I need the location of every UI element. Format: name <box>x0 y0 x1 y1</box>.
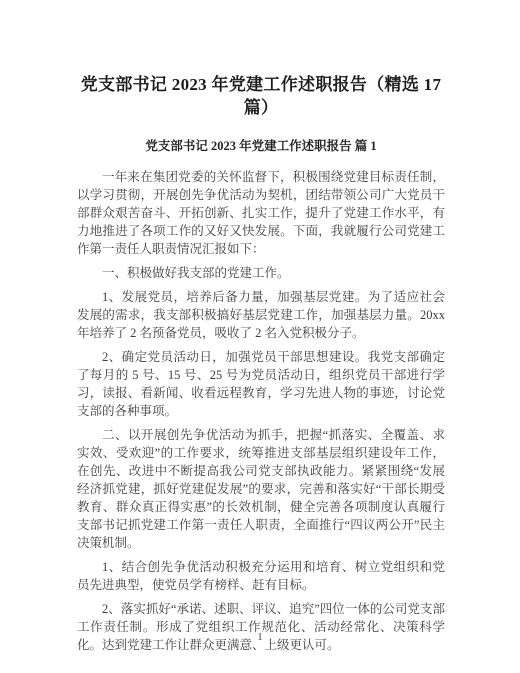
paragraph-intro: 一年来在集团党委的关怀监督下，积极围绕党建目标责任制，以学习贯彻，开展创先争优活… <box>77 168 445 258</box>
paragraph-heading-1: 一、积极做好我支部的党建工作。 <box>77 264 445 282</box>
document-page: 党支部书记 2023 年党建工作述职报告（精选 17 篇） 党支部书记 2023… <box>0 0 520 673</box>
paragraph-item-2-1: 1、结合创先争优活动积极充分运用和培育、树立党组织和党员先进典型，使党员学有榜样… <box>77 558 445 594</box>
paragraph-item-1-2: 2、确定党员活动日，加强党员干部思想建设。我党支部确定了每月的 5 号、15 号… <box>77 348 445 420</box>
paragraph-item-2-2: 2、落实抓好“承诺、述职、评议、追究”四位一体的公司党支部工作责任制。形成了党组… <box>77 600 445 654</box>
paragraph-item-1-1: 1、发展党员，培养后备力量，加强基层党建。为了适应社会发展的需求，我支部积极搞好… <box>77 288 445 342</box>
document-title: 党支部书记 2023 年党建工作述职报告（精选 17 篇） <box>77 73 445 119</box>
page-number: 1 <box>0 631 520 643</box>
document-body: 一年来在集团党委的关怀监督下，积极围绕党建目标责任制，以学习贯彻，开展创先争优活… <box>77 168 445 654</box>
section-title: 党支部书记 2023 年党建工作述职报告 篇 1 <box>77 138 445 155</box>
paragraph-heading-2: 二、以开展创先争优活动为抓手，把握“抓落实、全覆盖、求实效、受欢迎”的工作要求，… <box>77 426 445 552</box>
